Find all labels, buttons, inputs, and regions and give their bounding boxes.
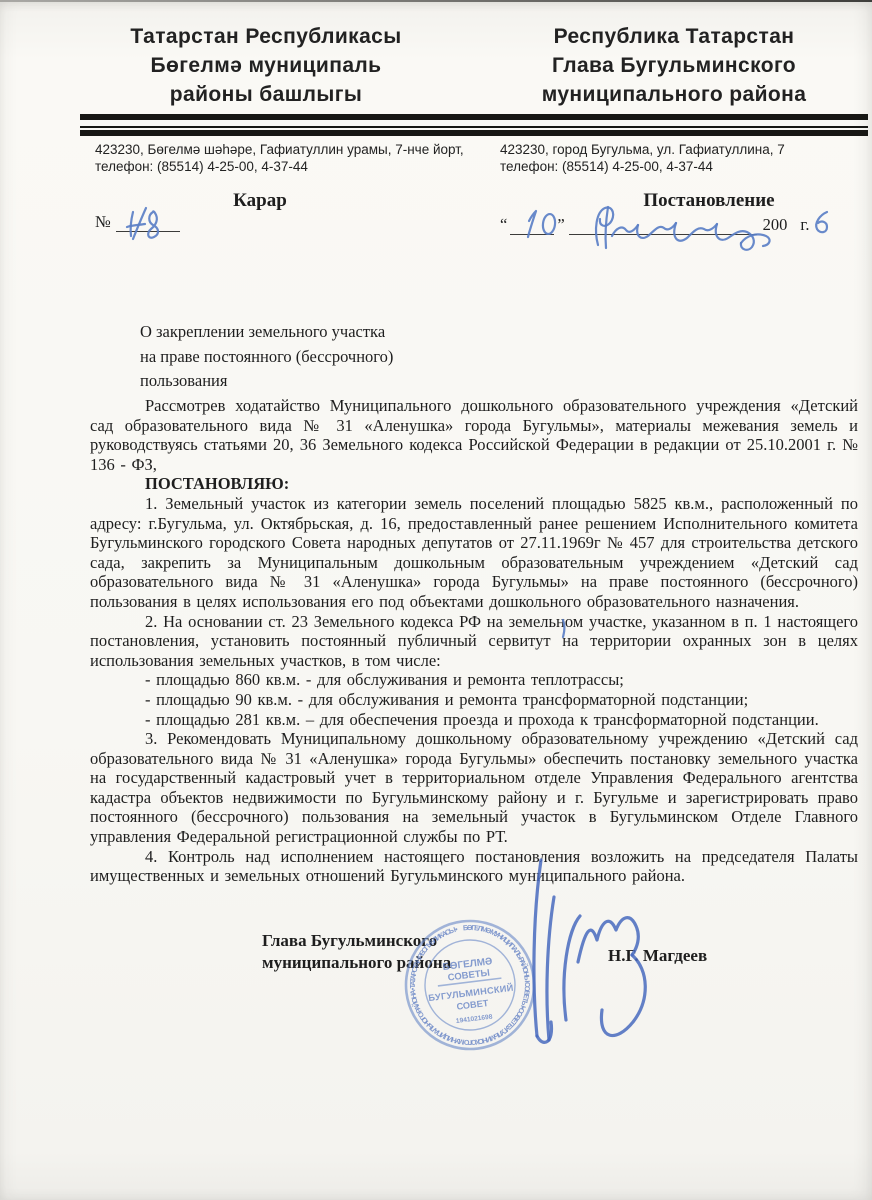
title-karar: Карар bbox=[90, 190, 430, 212]
document-number-line: № bbox=[95, 212, 180, 232]
subject-line: О закреплении земельного участка bbox=[140, 320, 480, 345]
stamp-divider bbox=[438, 978, 502, 986]
item-3-paragraph: 3. Рекомендовать Муниципальному дошкольн… bbox=[90, 729, 858, 847]
date-open-quote: “ bbox=[500, 215, 507, 234]
signatory-name: Н.Г. Магдеев bbox=[608, 946, 707, 966]
document-heads: Карар № Постановление “”200г. bbox=[0, 190, 872, 262]
address-tatar: 423230, Бөгелмә шәһәре, Гафиатуллин урам… bbox=[95, 141, 497, 175]
address-tatar-line: 423230, Бөгелмә шәһәре, Гафиатуллин урам… bbox=[95, 141, 497, 158]
letterhead-tatar-line: Бөгелмә муниципаль bbox=[62, 51, 470, 80]
letterhead-rule-thick2 bbox=[80, 130, 868, 136]
address-russian-line: 423230, город Бугульма, ул. Гафиатуллина… bbox=[500, 141, 860, 158]
item-2-paragraph: 2. На основании ст. 23 Земельного кодекс… bbox=[90, 612, 858, 671]
scan-edge-artifact bbox=[0, 0, 872, 2]
stamp-number: 1941021698 bbox=[456, 1013, 494, 1024]
date-day-underline bbox=[510, 217, 554, 235]
date-year-typed: 200 bbox=[763, 215, 788, 234]
date-month-underline bbox=[569, 217, 757, 235]
document-body: Рассмотрев ходатайство Муниципального до… bbox=[90, 396, 858, 886]
letterhead-russian-line: Глава Бугульминского bbox=[486, 51, 862, 80]
letterhead-tatar-line: районы башлыгы bbox=[62, 80, 470, 109]
letterhead-rule-thin bbox=[80, 126, 868, 128]
signatory-title: Глава Бугульминского муниципального райо… bbox=[262, 930, 451, 974]
bullet-teplotrassa: - площадью 860 кв.м. - для обслуживания … bbox=[90, 670, 858, 690]
subject-line: на праве постоянного (бессрочного) bbox=[140, 345, 480, 370]
address-russian-phone: телефон: (85514) 4-25-00, 4-37-44 bbox=[500, 158, 860, 175]
date-year-suffix: г. bbox=[800, 215, 809, 234]
subject-line: пользования bbox=[140, 369, 480, 394]
signatory-title-line: муниципального района bbox=[262, 952, 451, 974]
document-date-line: “”200г. bbox=[500, 215, 809, 235]
preamble-paragraph: Рассмотрев ходатайство Муниципального до… bbox=[90, 396, 858, 474]
number-label: № bbox=[95, 212, 111, 231]
bullet-podstancia-remont: - площадью 90 кв.м. - для обслуживания и… bbox=[90, 690, 858, 710]
letterhead-russian-line: Республика Татарстан bbox=[486, 22, 862, 51]
title-postanovlenie: Постановление bbox=[558, 190, 860, 212]
stamp-center-line4: СОВЕТ bbox=[456, 998, 489, 1012]
bullet-proezd: - площадью 281 кв.м. – для обеспечения п… bbox=[90, 710, 858, 730]
address-russian: 423230, город Бугульма, ул. Гафиатуллина… bbox=[500, 141, 860, 175]
letterhead-rule-thick bbox=[80, 114, 868, 120]
document-subject: О закреплении земельного участка на прав… bbox=[140, 320, 480, 394]
resolve-word: ПОСТАНОВЛЯЮ: bbox=[90, 474, 858, 494]
letterhead-russian-line: муниципального района bbox=[486, 80, 862, 109]
scanned-document-page: Татарстан Республикасы Бөгелмә муниципал… bbox=[0, 0, 872, 1200]
letterhead-tatar: Татарстан Республикасы Бөгелмә муниципал… bbox=[62, 22, 470, 109]
item-4-paragraph: 4. Контроль над исполнением настоящего п… bbox=[90, 847, 858, 886]
stamp-center-line2: СОВЕТЫ bbox=[447, 968, 490, 984]
letterhead-russian: Республика Татарстан Глава Бугульминског… bbox=[486, 22, 862, 109]
item-1-paragraph: 1. Земельный участок из категории земель… bbox=[90, 494, 858, 612]
letterhead-tatar-line: Татарстан Республикасы bbox=[62, 22, 470, 51]
signatory-title-line: Глава Бугульминского bbox=[262, 930, 451, 952]
number-underline bbox=[116, 214, 180, 232]
date-close-quote: ” bbox=[557, 215, 564, 234]
stamp-center-line3: БУГУЛЬМИНСКИЙ bbox=[428, 982, 514, 1003]
address-tatar-phone: телефон: (85514) 4-25-00, 4-37-44 bbox=[95, 158, 497, 175]
